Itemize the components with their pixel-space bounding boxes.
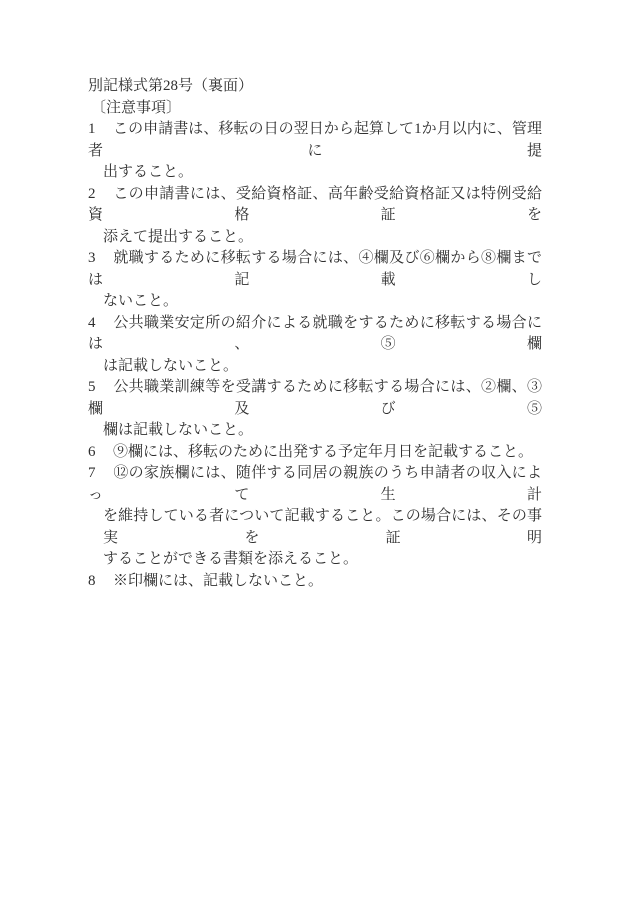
note-text: 就職するために移転する場合には、④欄及び⑥欄から⑧欄までは記載し <box>88 250 542 288</box>
note-line-first: 4公共職業安定所の紹介による就職をするために移転する場合には、⑤欄 <box>88 313 542 356</box>
note-line-first: 7⑫の家族欄には、随伴する同居の親族のうち申請者の収入によって生計 <box>88 463 542 506</box>
notes-section-heading: 〔注意事項〕 <box>88 98 542 120</box>
note-number: 7 <box>88 463 113 485</box>
note-line-first: 2この申請書には、受給資格証、高年齢受給資格証又は特例受給資格証を <box>88 184 542 227</box>
note-number: 5 <box>88 377 113 399</box>
note-line-first: 1この申請書は、移転の日の翌日から起算して1か月以内に、管理者に提 <box>88 119 542 162</box>
note-number: 6 <box>88 442 113 464</box>
note-item: 2この申請書には、受給資格証、高年齢受給資格証又は特例受給資格証を添えて提出する… <box>88 184 542 249</box>
form-number-label: 別記様式第28号（裏面） <box>88 76 542 98</box>
note-line-first: 8※印欄には、記載しないこと。 <box>88 571 542 593</box>
note-line-continuation: は記載しないこと。 <box>103 356 542 378</box>
note-line-continuation: 欄は記載しないこと。 <box>103 420 542 442</box>
note-item: 7⑫の家族欄には、随伴する同居の親族のうち申請者の収入によって生計を維持している… <box>88 463 542 571</box>
note-line-first: 5公共職業訓練等を受講するために移転する場合には、②欄、③欄及び⑤ <box>88 377 542 420</box>
note-item: 3就職するために移転する場合には、④欄及び⑥欄から⑧欄までは記載しないこと。 <box>88 248 542 313</box>
note-line-continuation: ないこと。 <box>103 291 542 313</box>
note-text: ⑨欄には、移転のために出発する予定年月日を記載すること。 <box>113 444 533 460</box>
note-item: 8※印欄には、記載しないこと。 <box>88 571 542 593</box>
note-text: ⑫の家族欄には、随伴する同居の親族のうち申請者の収入によって生計 <box>88 465 542 503</box>
notes-list: 1この申請書は、移転の日の翌日から起算して1か月以内に、管理者に提出すること。2… <box>88 119 542 592</box>
note-text: ※印欄には、記載しないこと。 <box>113 573 323 589</box>
note-item: 6⑨欄には、移転のために出発する予定年月日を記載すること。 <box>88 442 542 464</box>
document-body: { "document": { "form_label": "別記様式第28号（… <box>0 0 630 903</box>
note-line-first: 6⑨欄には、移転のために出発する予定年月日を記載すること。 <box>88 442 542 464</box>
note-item: 4公共職業安定所の紹介による就職をするために移転する場合には、⑤欄は記載しないこ… <box>88 313 542 378</box>
note-line-first: 3就職するために移転する場合には、④欄及び⑥欄から⑧欄までは記載し <box>88 248 542 291</box>
note-line-continuation: を維持している者について記載すること。この場合には、その事実を証明 <box>103 506 542 549</box>
note-number: 4 <box>88 313 113 335</box>
note-number: 1 <box>88 119 113 141</box>
note-line-continuation: 出すること。 <box>103 162 542 184</box>
note-number: 2 <box>88 184 113 206</box>
note-number: 8 <box>88 571 113 593</box>
note-item: 1この申請書は、移転の日の翌日から起算して1か月以内に、管理者に提出すること。 <box>88 119 542 184</box>
notice-page: 別記様式第28号（裏面） 〔注意事項〕 1この申請書は、移転の日の翌日から起算し… <box>0 0 542 592</box>
note-text: 公共職業安定所の紹介による就職をするために移転する場合には、⑤欄 <box>88 315 542 353</box>
note-line-continuation: 添えて提出すること。 <box>103 227 542 249</box>
note-item: 5公共職業訓練等を受講するために移転する場合には、②欄、③欄及び⑤欄は記載しない… <box>88 377 542 442</box>
note-number: 3 <box>88 248 113 270</box>
note-text: この申請書は、移転の日の翌日から起算して1か月以内に、管理者に提 <box>88 121 542 159</box>
note-text: 公共職業訓練等を受講するために移転する場合には、②欄、③欄及び⑤ <box>88 379 542 417</box>
note-line-continuation: することができる書類を添えること。 <box>103 549 542 571</box>
note-text: この申請書には、受給資格証、高年齢受給資格証又は特例受給資格証を <box>88 186 542 224</box>
